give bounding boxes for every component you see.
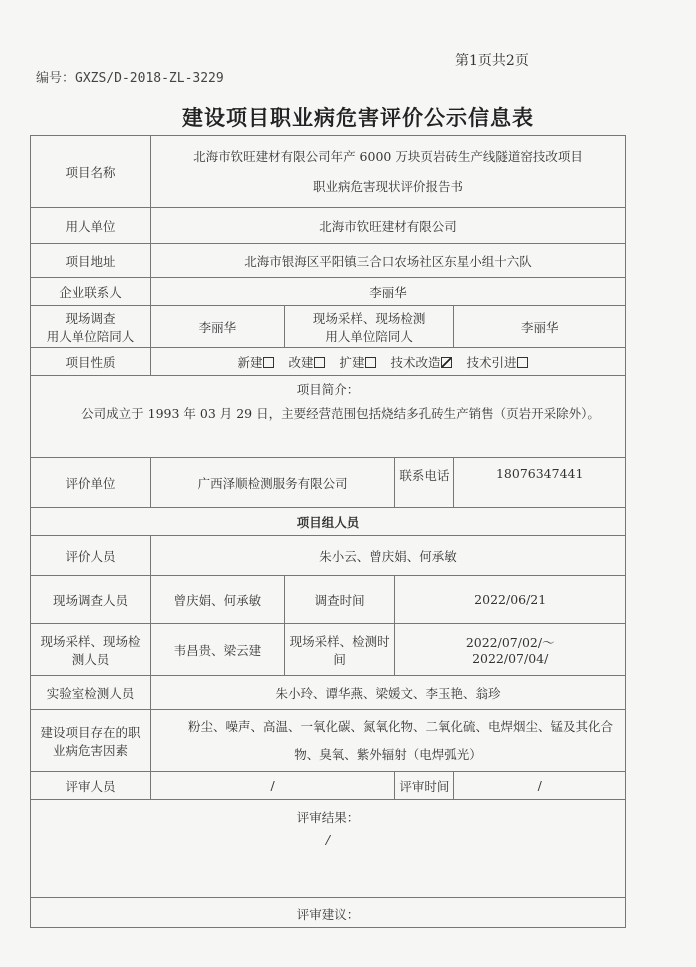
document-number: 编号：GXZS/D-2018-ZL-3229 xyxy=(36,67,224,86)
checkbox-expand[interactable] xyxy=(365,357,376,368)
nature-option-rebuild[interactable]: 改建 xyxy=(288,355,335,370)
survey-staff-label: 现场调查人员 xyxy=(31,576,151,624)
sampling-escort-label: 现场采样、现场检测 用人单位陪同人 xyxy=(284,306,453,348)
page-title: 建设项目职业病危害评价公示信息表 xyxy=(0,102,696,132)
phone-label: 联系电话 xyxy=(395,458,454,508)
survey-staff-value: 曾庆娟、何承敏 xyxy=(150,576,284,624)
row-lab-staff: 实验室检测人员 朱小玲、谭华燕、梁媛文、李玉艳、翁珍 xyxy=(31,676,626,710)
lab-staff-label: 实验室检测人员 xyxy=(31,676,151,710)
lab-staff-value: 朱小玲、谭华燕、梁媛文、李玉艳、翁珍 xyxy=(150,676,625,710)
nature-options: 新建 改建 扩建 技术改造 技术引进 xyxy=(150,348,625,376)
checkbox-rebuild[interactable] xyxy=(314,357,325,368)
row-address: 项目地址 北海市银海区平阳镇三合口农场社区东星小组十六队 xyxy=(31,244,626,278)
checkbox-new[interactable] xyxy=(263,357,274,368)
row-employer: 用人单位 北海市钦旺建材有限公司 xyxy=(31,208,626,244)
address-label: 项目地址 xyxy=(31,244,151,278)
nature-option-tech-import[interactable]: 技术引进 xyxy=(466,355,538,370)
row-review-result: 评审结果： / xyxy=(31,800,626,898)
row-intro: 项目简介： 公司成立于 1993 年 03 月 29 日，主要经营范围包括烧结多… xyxy=(31,376,626,458)
checkbox-tech-upgrade-checked[interactable] xyxy=(441,357,452,368)
row-project-name: 项目名称 北海市钦旺建材有限公司年产 6000 万块页岩砖生产线隧道窑技改项目 … xyxy=(31,136,626,208)
review-result-cell: 评审结果： / xyxy=(31,800,626,898)
survey-time-label: 调查时间 xyxy=(284,576,394,624)
employer-value: 北海市钦旺建材有限公司 xyxy=(150,208,625,244)
nature-option-new[interactable]: 新建 xyxy=(237,355,284,370)
row-contact: 企业联系人 李丽华 xyxy=(31,278,626,306)
assessors-value: 朱小云、曾庆娟、何承敏 xyxy=(150,536,625,576)
sampling-time-line2: 2022/07/04/ xyxy=(399,651,621,666)
employer-label: 用人单位 xyxy=(31,208,151,244)
row-nature: 项目性质 新建 改建 扩建 技术改造 技术引进 xyxy=(31,348,626,376)
hazards-label: 建设项目存在的职 业病危害因素 xyxy=(31,710,151,772)
reviewers-value: / xyxy=(150,772,395,800)
row-reviewers: 评审人员 / 评审时间 / xyxy=(31,772,626,800)
review-result-value: / xyxy=(37,832,619,847)
review-time-label: 评审时间 xyxy=(395,772,454,800)
row-evaluator: 评价单位 广西泽顺检测服务有限公司 联系电话 18076347441 xyxy=(31,458,626,508)
row-escorts: 现场调查 用人单位陪同人 李丽华 现场采样、现场检测 用人单位陪同人 李丽华 xyxy=(31,306,626,348)
sampling-time-value: 2022/07/02/～ 2022/07/04/ xyxy=(395,624,626,676)
sampling-staff-label-line2: 测人员 xyxy=(35,650,146,668)
sampling-escort-label-line1: 现场采样、现场检测 xyxy=(289,309,449,327)
contact-value: 李丽华 xyxy=(150,278,625,306)
survey-time-value: 2022/06/21 xyxy=(395,576,626,624)
option-label: 技术引进 xyxy=(466,355,516,370)
sampling-time-line1: 2022/07/02/～ xyxy=(399,633,621,651)
project-name-value: 北海市钦旺建材有限公司年产 6000 万块页岩砖生产线隧道窑技改项目 职业病危害… xyxy=(150,136,625,208)
review-advice-label: 评审建议： xyxy=(297,907,360,922)
row-hazards: 建设项目存在的职 业病危害因素 粉尘、噪声、高温、一氧化碳、氮氧化物、二氧化硫、… xyxy=(31,710,626,772)
hazards-label-line2: 业病危害因素 xyxy=(35,741,146,759)
reviewers-label: 评审人员 xyxy=(31,772,151,800)
project-name-line1: 北海市钦旺建材有限公司年产 6000 万块页岩砖生产线隧道窑技改项目 xyxy=(155,142,621,172)
survey-escort-label-line1: 现场调查 xyxy=(35,309,146,327)
assessors-label: 评价人员 xyxy=(31,536,151,576)
evaluator-value: 广西泽顺检测服务有限公司 xyxy=(150,458,395,508)
project-name-label: 项目名称 xyxy=(31,136,151,208)
option-label: 扩建 xyxy=(339,355,364,370)
team-heading: 项目组人员 xyxy=(31,508,626,536)
row-assessors: 评价人员 朱小云、曾庆娟、何承敏 xyxy=(31,536,626,576)
disclosure-form-table: 项目名称 北海市钦旺建材有限公司年产 6000 万块页岩砖生产线隧道窑技改项目 … xyxy=(30,135,626,928)
address-value: 北海市银海区平阳镇三合口农场社区东星小组十六队 xyxy=(150,244,625,278)
row-sampling-staff: 现场采样、现场检 测人员 韦昌贵、梁云建 现场采样、检测时间 2022/07/0… xyxy=(31,624,626,676)
phone-value: 18076347441 xyxy=(454,458,626,508)
hazards-value: 粉尘、噪声、高温、一氧化碳、氮氧化物、二氧化硫、电焊烟尘、锰及其化合物、臭氧、紫… xyxy=(150,710,625,772)
nature-option-tech-upgrade[interactable]: 技术改造 xyxy=(390,355,462,370)
survey-escort-value: 李丽华 xyxy=(150,306,284,348)
checkbox-tech-import[interactable] xyxy=(517,357,528,368)
review-result-label: 评审结果： xyxy=(37,808,619,826)
row-survey-staff: 现场调查人员 曾庆娟、何承敏 调查时间 2022/06/21 xyxy=(31,576,626,624)
intro-text: 公司成立于 1993 年 03 月 29 日，主要经营范围包括烧结多孔砖生产销售… xyxy=(37,398,619,430)
intro-cell: 项目简介： 公司成立于 1993 年 03 月 29 日，主要经营范围包括烧结多… xyxy=(31,376,626,458)
review-advice-cell: 评审建议： xyxy=(31,898,626,928)
nature-option-expand[interactable]: 扩建 xyxy=(339,355,386,370)
survey-escort-label-line2: 用人单位陪同人 xyxy=(35,327,146,345)
option-label: 改建 xyxy=(288,355,313,370)
sampling-escort-value: 李丽华 xyxy=(454,306,626,348)
page-indicator: 第1页共2页 xyxy=(455,50,529,70)
sampling-time-label: 现场采样、检测时间 xyxy=(284,624,394,676)
review-time-value: / xyxy=(454,772,626,800)
row-review-advice: 评审建议： xyxy=(31,898,626,928)
intro-label: 项目简介： xyxy=(37,380,619,398)
sampling-escort-label-line2: 用人单位陪同人 xyxy=(289,327,449,345)
option-label: 技术改造 xyxy=(390,355,440,370)
option-label: 新建 xyxy=(237,355,262,370)
sampling-staff-label: 现场采样、现场检 测人员 xyxy=(31,624,151,676)
sampling-staff-label-line1: 现场采样、现场检 xyxy=(35,632,146,650)
contact-label: 企业联系人 xyxy=(31,278,151,306)
sampling-staff-value: 韦昌贵、梁云建 xyxy=(150,624,284,676)
row-team-heading: 项目组人员 xyxy=(31,508,626,536)
evaluator-label: 评价单位 xyxy=(31,458,151,508)
nature-label: 项目性质 xyxy=(31,348,151,376)
project-name-line2: 职业病危害现状评价报告书 xyxy=(155,172,621,202)
hazards-label-line1: 建设项目存在的职 xyxy=(35,723,146,741)
survey-escort-label: 现场调查 用人单位陪同人 xyxy=(31,306,151,348)
